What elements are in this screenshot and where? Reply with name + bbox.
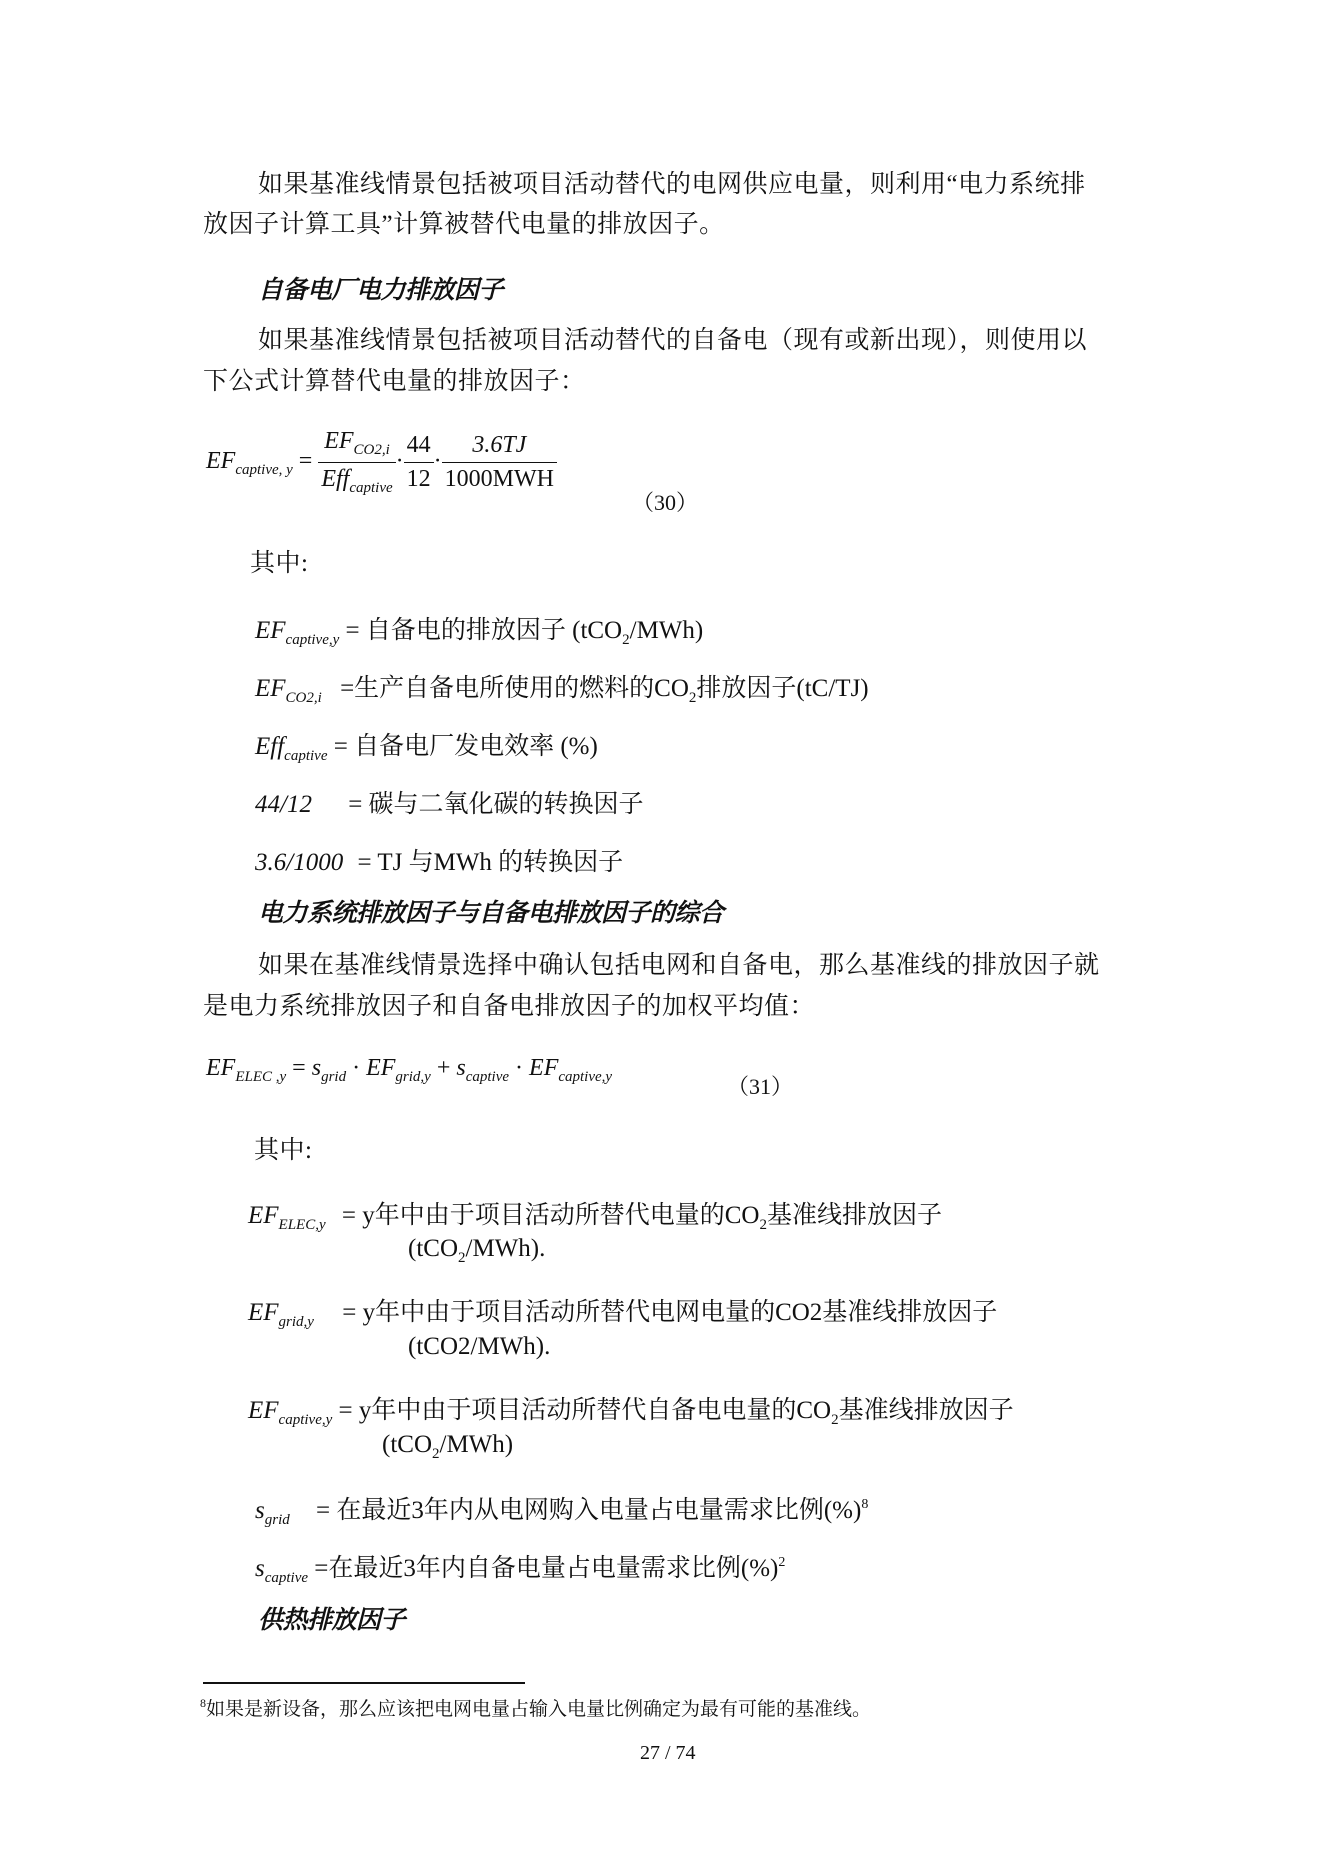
def-text-after: 基准线排放因子 — [767, 1202, 942, 1229]
paragraph-3-line-2: 是电力系统排放因子和自备电排放因子的加权平均值： — [203, 994, 815, 1019]
eq30-lhs-sub: captive, y — [235, 462, 292, 478]
def-symbol: s — [255, 1497, 265, 1524]
def-cont-after: /MWh) — [440, 1431, 514, 1458]
eq30-frac3-den: 1000MWH — [442, 463, 557, 493]
eq30-frac1-den-sub: captive — [349, 480, 392, 496]
def-symbol-sub: grid — [265, 1512, 290, 1528]
def-symbol: EF — [248, 1299, 279, 1326]
eq31-ef-captive-sub: captive,y — [558, 1069, 612, 1085]
eq31-dot-2: · — [509, 1055, 529, 1081]
definition-ef-elec: EFELEC,y = y年中由于项目活动所替代电量的CO2基准线排放因子 — [248, 1195, 942, 1234]
eq30-equals: = — [299, 448, 313, 474]
section-heading-captive-power: 自备电厂电力排放因子 — [258, 270, 503, 306]
def-cont-after: /MWh). — [466, 1235, 546, 1262]
definition-eff-captive: Effcaptive = 自备电厂发电效率 (%) — [255, 726, 598, 765]
paragraph-1-line-1: 如果基准线情景包括被项目活动替代的电网供应电量，则利用“电力系统排 — [258, 172, 1086, 197]
def-symbol-sub: grid,y — [279, 1314, 314, 1330]
def-text: = y年中由于项目活动所替代电量的CO — [342, 1202, 760, 1229]
page-number: 27 / 74 — [640, 1742, 696, 1765]
def-text-after: 排放因子(tC/TJ) — [696, 675, 868, 702]
def-symbol-sub: captive,y — [286, 632, 340, 648]
eq30-fraction-tj-mwh: 3.6TJ 1000MWH — [442, 432, 557, 493]
equation-31: EFELEC ,y = sgrid · EFgrid,y + scaptive … — [206, 1055, 612, 1086]
definition-ef-co2: EFCO2,i =生产自备电所使用的燃料的CO2排放因子(tC/TJ) — [255, 668, 869, 707]
def-symbol-sub: captive — [265, 1570, 308, 1586]
eq31-s-grid: s — [312, 1055, 321, 1081]
eq31-lhs: EF — [206, 1055, 235, 1081]
def-text: = y年中由于项目活动所替代自备电电量的CO — [332, 1397, 831, 1424]
eq31-s-captive: s — [456, 1055, 465, 1081]
def-symbol: EF — [248, 1397, 279, 1424]
eq30-frac2-den: 12 — [404, 463, 434, 493]
eq31-lhs-sub: ELEC ,y — [235, 1069, 286, 1085]
paragraph-3-line-1: 如果在基准线情景选择中确认包括电网和自备电，那么基准线的排放因子就 — [258, 953, 1100, 978]
def-symbol: 3.6/1000 — [255, 849, 343, 876]
equation-30-number: （30） — [632, 486, 698, 517]
where-label-2: 其中: — [254, 1138, 312, 1163]
eq31-s-captive-sub: captive — [466, 1069, 509, 1085]
def-symbol: Eff — [255, 733, 284, 760]
def-symbol: EF — [255, 617, 286, 644]
footnote-8: 8如果是新设备，那么应该把电网电量占输入电量比例确定为最有可能的基准线。 — [200, 1694, 871, 1721]
def-symbol: EF — [248, 1202, 279, 1229]
def-symbol-sub: CO2,i — [286, 690, 322, 706]
eq30-dot-1: · — [396, 448, 404, 474]
definition-ef-grid: EFgrid,y = y年中由于项目活动所替代电网电量的CO2基准线排放因子 — [248, 1292, 997, 1331]
footnote-ref-2: 2 — [778, 1555, 785, 1570]
eq31-s-grid-sub: grid — [321, 1069, 346, 1085]
def-symbol: EF — [255, 675, 286, 702]
eq31-ef-captive: EF — [529, 1055, 558, 1081]
def-text: = 碳与二氧化碳的转换因子 — [348, 791, 643, 818]
eq31-ef-grid-sub: grid,y — [395, 1069, 430, 1085]
eq31-ef-grid: EF — [366, 1055, 395, 1081]
def-symbol: 44/12 — [255, 791, 312, 818]
eq30-frac3-num: 3.6TJ — [442, 432, 557, 463]
definition-s-captive: scaptive =在最近3年内自备电量占电量需求比例(%)2 — [255, 1548, 785, 1587]
def-text: = y年中由于项目活动所替代电网电量的CO2基准线排放因子 — [342, 1299, 997, 1326]
eq30-fraction-44-12: 44 12 — [404, 432, 434, 493]
eq30-dot-2: · — [434, 448, 442, 474]
def-text: = TJ 与MWh 的转换因子 — [357, 849, 623, 876]
def-symbol: s — [255, 1555, 265, 1582]
section-heading-heat-emission-factor: 供热排放因子 — [258, 1600, 405, 1636]
def-cont: (tCO — [408, 1235, 458, 1262]
def-text: =生产自备电所使用的燃料的CO — [340, 675, 689, 702]
definition-ef-captive-y-unit: (tCO2/MWh) — [382, 1431, 513, 1463]
definition-3-6-1000: 3.6/1000 = TJ 与MWh 的转换因子 — [255, 842, 623, 878]
def-symbol-sub: captive — [284, 748, 327, 764]
def-cont-sub: 2 — [458, 1250, 466, 1266]
def-cont: (tCO — [382, 1431, 432, 1458]
paragraph-2-line-1: 如果基准线情景包括被项目活动替代的自备电（现有或新出现），则使用以 — [258, 328, 1087, 353]
paragraph-1-line-2: 放因子计算工具”计算被替代电量的排放因子。 — [203, 212, 725, 237]
eq30-frac2-num: 44 — [404, 432, 434, 463]
definition-s-grid: sgrid = 在最近3年内从电网购入电量占电量需求比例(%)8 — [255, 1490, 868, 1529]
def-text: = 在最近3年内从电网购入电量占电量需求比例(%) — [316, 1497, 861, 1524]
paragraph-2-line-2: 下公式计算替代电量的排放因子： — [203, 369, 586, 394]
eq31-equals: = — [286, 1055, 312, 1081]
definition-44-12: 44/12 = 碳与二氧化碳的转换因子 — [255, 784, 644, 820]
footnote-ref-8: 8 — [861, 1497, 868, 1512]
def-text-after: 基准线排放因子 — [839, 1397, 1014, 1424]
eq30-lhs: EF — [206, 448, 235, 474]
definition-ef-captive: EFcaptive,y = 自备电的排放因子 (tCO2/MWh) — [255, 610, 703, 649]
eq30-frac1-num-sub: CO2,i — [354, 442, 390, 458]
def-text-sub: 2 — [759, 1217, 767, 1233]
def-text-sub: 2 — [622, 632, 630, 648]
section-heading-combined-factor: 电力系统排放因子与自备电排放因子的综合 — [258, 893, 724, 929]
def-symbol-sub: captive,y — [279, 1412, 333, 1428]
footnote-text: 如果是新设备，那么应该把电网电量占输入电量比例确定为最有可能的基准线。 — [206, 1699, 871, 1720]
equation-31-number: （31） — [727, 1070, 793, 1101]
eq31-plus: + — [431, 1055, 457, 1081]
def-symbol-sub: ELEC,y — [279, 1217, 326, 1233]
eq30-frac1-num: EF — [324, 428, 353, 454]
footnote-divider — [203, 1682, 525, 1684]
eq30-fraction-ef-over-eff: EFCO2,i Effcaptive — [318, 428, 395, 497]
where-label-1: 其中: — [250, 551, 308, 576]
def-cont-sub: 2 — [432, 1446, 440, 1462]
definition-ef-grid-unit: (tCO2/MWh). — [408, 1333, 550, 1361]
def-text: = 自备电厂发电效率 (%) — [334, 733, 598, 760]
def-text: = 自备电的排放因子 (tCO — [346, 617, 623, 644]
eq30-frac1-den: Eff — [321, 466, 349, 492]
definition-ef-elec-unit: (tCO2/MWh). — [408, 1235, 545, 1267]
def-text-after: /MWh) — [630, 617, 704, 644]
def-text: =在最近3年内自备电量占电量需求比例(%) — [314, 1555, 778, 1582]
eq31-dot-1: · — [346, 1055, 366, 1081]
definition-ef-captive-y: EFcaptive,y = y年中由于项目活动所替代自备电电量的CO2基准线排放… — [248, 1390, 1014, 1429]
equation-30: EFcaptive, y = EFCO2,i Effcaptive · 44 1… — [206, 428, 557, 497]
def-text-sub: 2 — [831, 1412, 839, 1428]
